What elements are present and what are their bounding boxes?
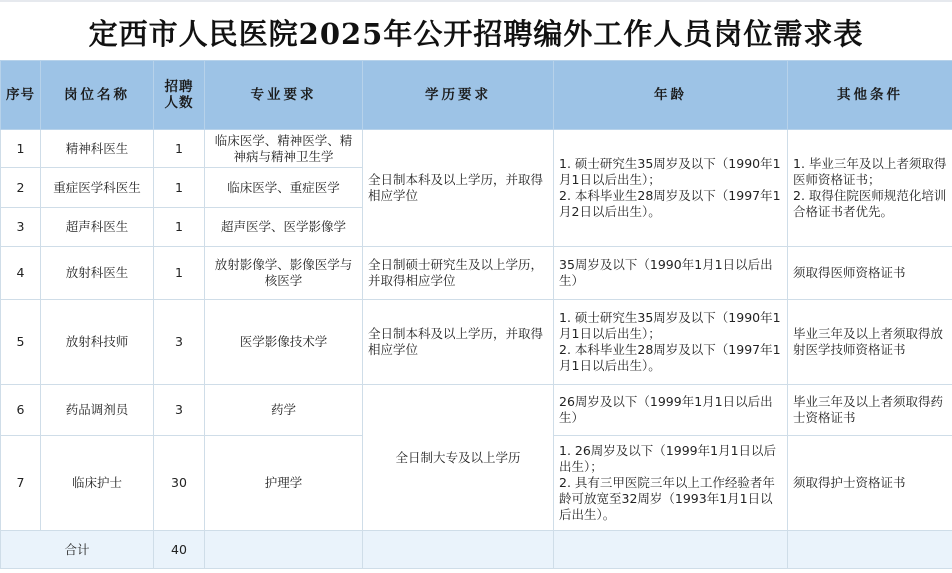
- age-line: 1. 26周岁及以下（1999年1月1日以后出生）；: [559, 443, 782, 475]
- header-row: 序号 岗位名称 招聘 人数 专业要求 学历要求 年龄 其他条件: [1, 61, 952, 130]
- header-other: 其他条件: [788, 61, 952, 130]
- age-line: 1. 硕士研究生35周岁及以下（1990年1月1日以后出生）；: [559, 156, 782, 188]
- header-count: 招聘 人数: [154, 61, 205, 130]
- total-empty-major: [205, 531, 363, 569]
- cell-index: 7: [1, 436, 41, 531]
- cell-index: 4: [1, 247, 41, 300]
- cell-count: 30: [154, 436, 205, 531]
- table-row: 5 放射科技师 3 医学影像技术学 全日制本科及以上学历，并取得相应学位 1. …: [1, 300, 952, 385]
- cell-other: 毕业三年及以上者须取得放射医学技师资格证书: [788, 300, 952, 385]
- cell-position: 药品调剂员: [41, 385, 154, 436]
- header-index: 序号: [1, 61, 41, 130]
- age-line: 2. 本科毕业生28周岁及以下（1997年1月1日以后出生）。: [559, 342, 782, 374]
- total-label: 合计: [1, 531, 154, 569]
- cell-other: 毕业三年及以上者须取得药士资格证书: [788, 385, 952, 436]
- cell-count: 1: [154, 247, 205, 300]
- age-line: 2. 本科毕业生28周岁及以下（1997年1月2日以后出生）。: [559, 188, 782, 220]
- page-title: 定西市人民医院2025年公开招聘编外工作人员岗位需求表: [0, 12, 952, 53]
- cell-major: 医学影像技术学: [205, 300, 363, 385]
- cell-age: 1. 26周岁及以下（1999年1月1日以后出生）； 2. 具有三甲医院三年以上…: [554, 436, 788, 531]
- header-education: 学历要求: [363, 61, 554, 130]
- cell-position: 放射科技师: [41, 300, 154, 385]
- cell-major: 超声医学、医学影像学: [205, 208, 363, 247]
- cell-education: 全日制硕士研究生及以上学历，并取得相应学位: [363, 247, 554, 300]
- cell-education: 全日制大专及以上学历: [363, 385, 554, 531]
- cell-position: 重症医学科医生: [41, 168, 154, 208]
- cell-index: 1: [1, 130, 41, 168]
- cell-count: 3: [154, 300, 205, 385]
- header-age: 年龄: [554, 61, 788, 130]
- cell-count: 1: [154, 168, 205, 208]
- cell-position: 临床护士: [41, 436, 154, 531]
- cell-position: 精神科医生: [41, 130, 154, 168]
- total-empty-other: [788, 531, 952, 569]
- cell-index: 6: [1, 385, 41, 436]
- cell-age: 1. 硕士研究生35周岁及以下（1990年1月1日以后出生）； 2. 本科毕业生…: [554, 300, 788, 385]
- cell-major: 药学: [205, 385, 363, 436]
- cell-other: 1. 毕业三年及以上者须取得医师资格证书； 2. 取得住院医师规范化培训合格证书…: [788, 130, 952, 247]
- total-row: 合计 40: [1, 531, 952, 569]
- cell-count: 1: [154, 208, 205, 247]
- cell-age: 26周岁及以下（1999年1月1日以后出生）: [554, 385, 788, 436]
- cell-education: 全日制本科及以上学历，并取得相应学位: [363, 130, 554, 247]
- cell-position: 放射科医生: [41, 247, 154, 300]
- cell-major: 放射影像学、影像医学与核医学: [205, 247, 363, 300]
- cell-count: 1: [154, 130, 205, 168]
- cell-age: 35周岁及以下（1990年1月1日以后出生）: [554, 247, 788, 300]
- other-line: 1. 毕业三年及以上者须取得医师资格证书；: [793, 156, 947, 188]
- header-major: 专业要求: [205, 61, 363, 130]
- cell-count: 3: [154, 385, 205, 436]
- cell-position: 超声科医生: [41, 208, 154, 247]
- cell-major: 临床医学、精神医学、精神病与精神卫生学: [205, 130, 363, 168]
- cell-major: 临床医学、重症医学: [205, 168, 363, 208]
- header-count-line1: 招聘: [154, 79, 204, 95]
- other-line: 2. 取得住院医师规范化培训合格证书者优先。: [793, 188, 947, 220]
- table-row: 6 药品调剂员 3 药学 全日制大专及以上学历 26周岁及以下（1999年1月1…: [1, 385, 952, 436]
- total-empty-education: [363, 531, 554, 569]
- header-count-line2: 人数: [154, 95, 204, 111]
- cell-major: 护理学: [205, 436, 363, 531]
- cell-other: 须取得护士资格证书: [788, 436, 952, 531]
- age-line: 1. 硕士研究生35周岁及以下（1990年1月1日以后出生）；: [559, 310, 782, 342]
- title-bar: 定西市人民医院2025年公开招聘编外工作人员岗位需求表: [0, 0, 952, 60]
- cell-index: 2: [1, 168, 41, 208]
- table-row: 1 精神科医生 1 临床医学、精神医学、精神病与精神卫生学 全日制本科及以上学历…: [1, 130, 952, 168]
- header-position: 岗位名称: [41, 61, 154, 130]
- cell-index: 3: [1, 208, 41, 247]
- job-requirements-table: 序号 岗位名称 招聘 人数 专业要求 学历要求 年龄 其他条件 1 精神科医生 …: [0, 60, 952, 569]
- cell-age: 1. 硕士研究生35周岁及以下（1990年1月1日以后出生）； 2. 本科毕业生…: [554, 130, 788, 247]
- cell-education: 全日制本科及以上学历，并取得相应学位: [363, 300, 554, 385]
- total-count: 40: [154, 531, 205, 569]
- cell-other: 须取得医师资格证书: [788, 247, 952, 300]
- table-row: 4 放射科医生 1 放射影像学、影像医学与核医学 全日制硕士研究生及以上学历，并…: [1, 247, 952, 300]
- total-empty-age: [554, 531, 788, 569]
- cell-index: 5: [1, 300, 41, 385]
- age-line: 2. 具有三甲医院三年以上工作经验者年龄可放宽至32周岁（1993年1月1日以后…: [559, 475, 782, 523]
